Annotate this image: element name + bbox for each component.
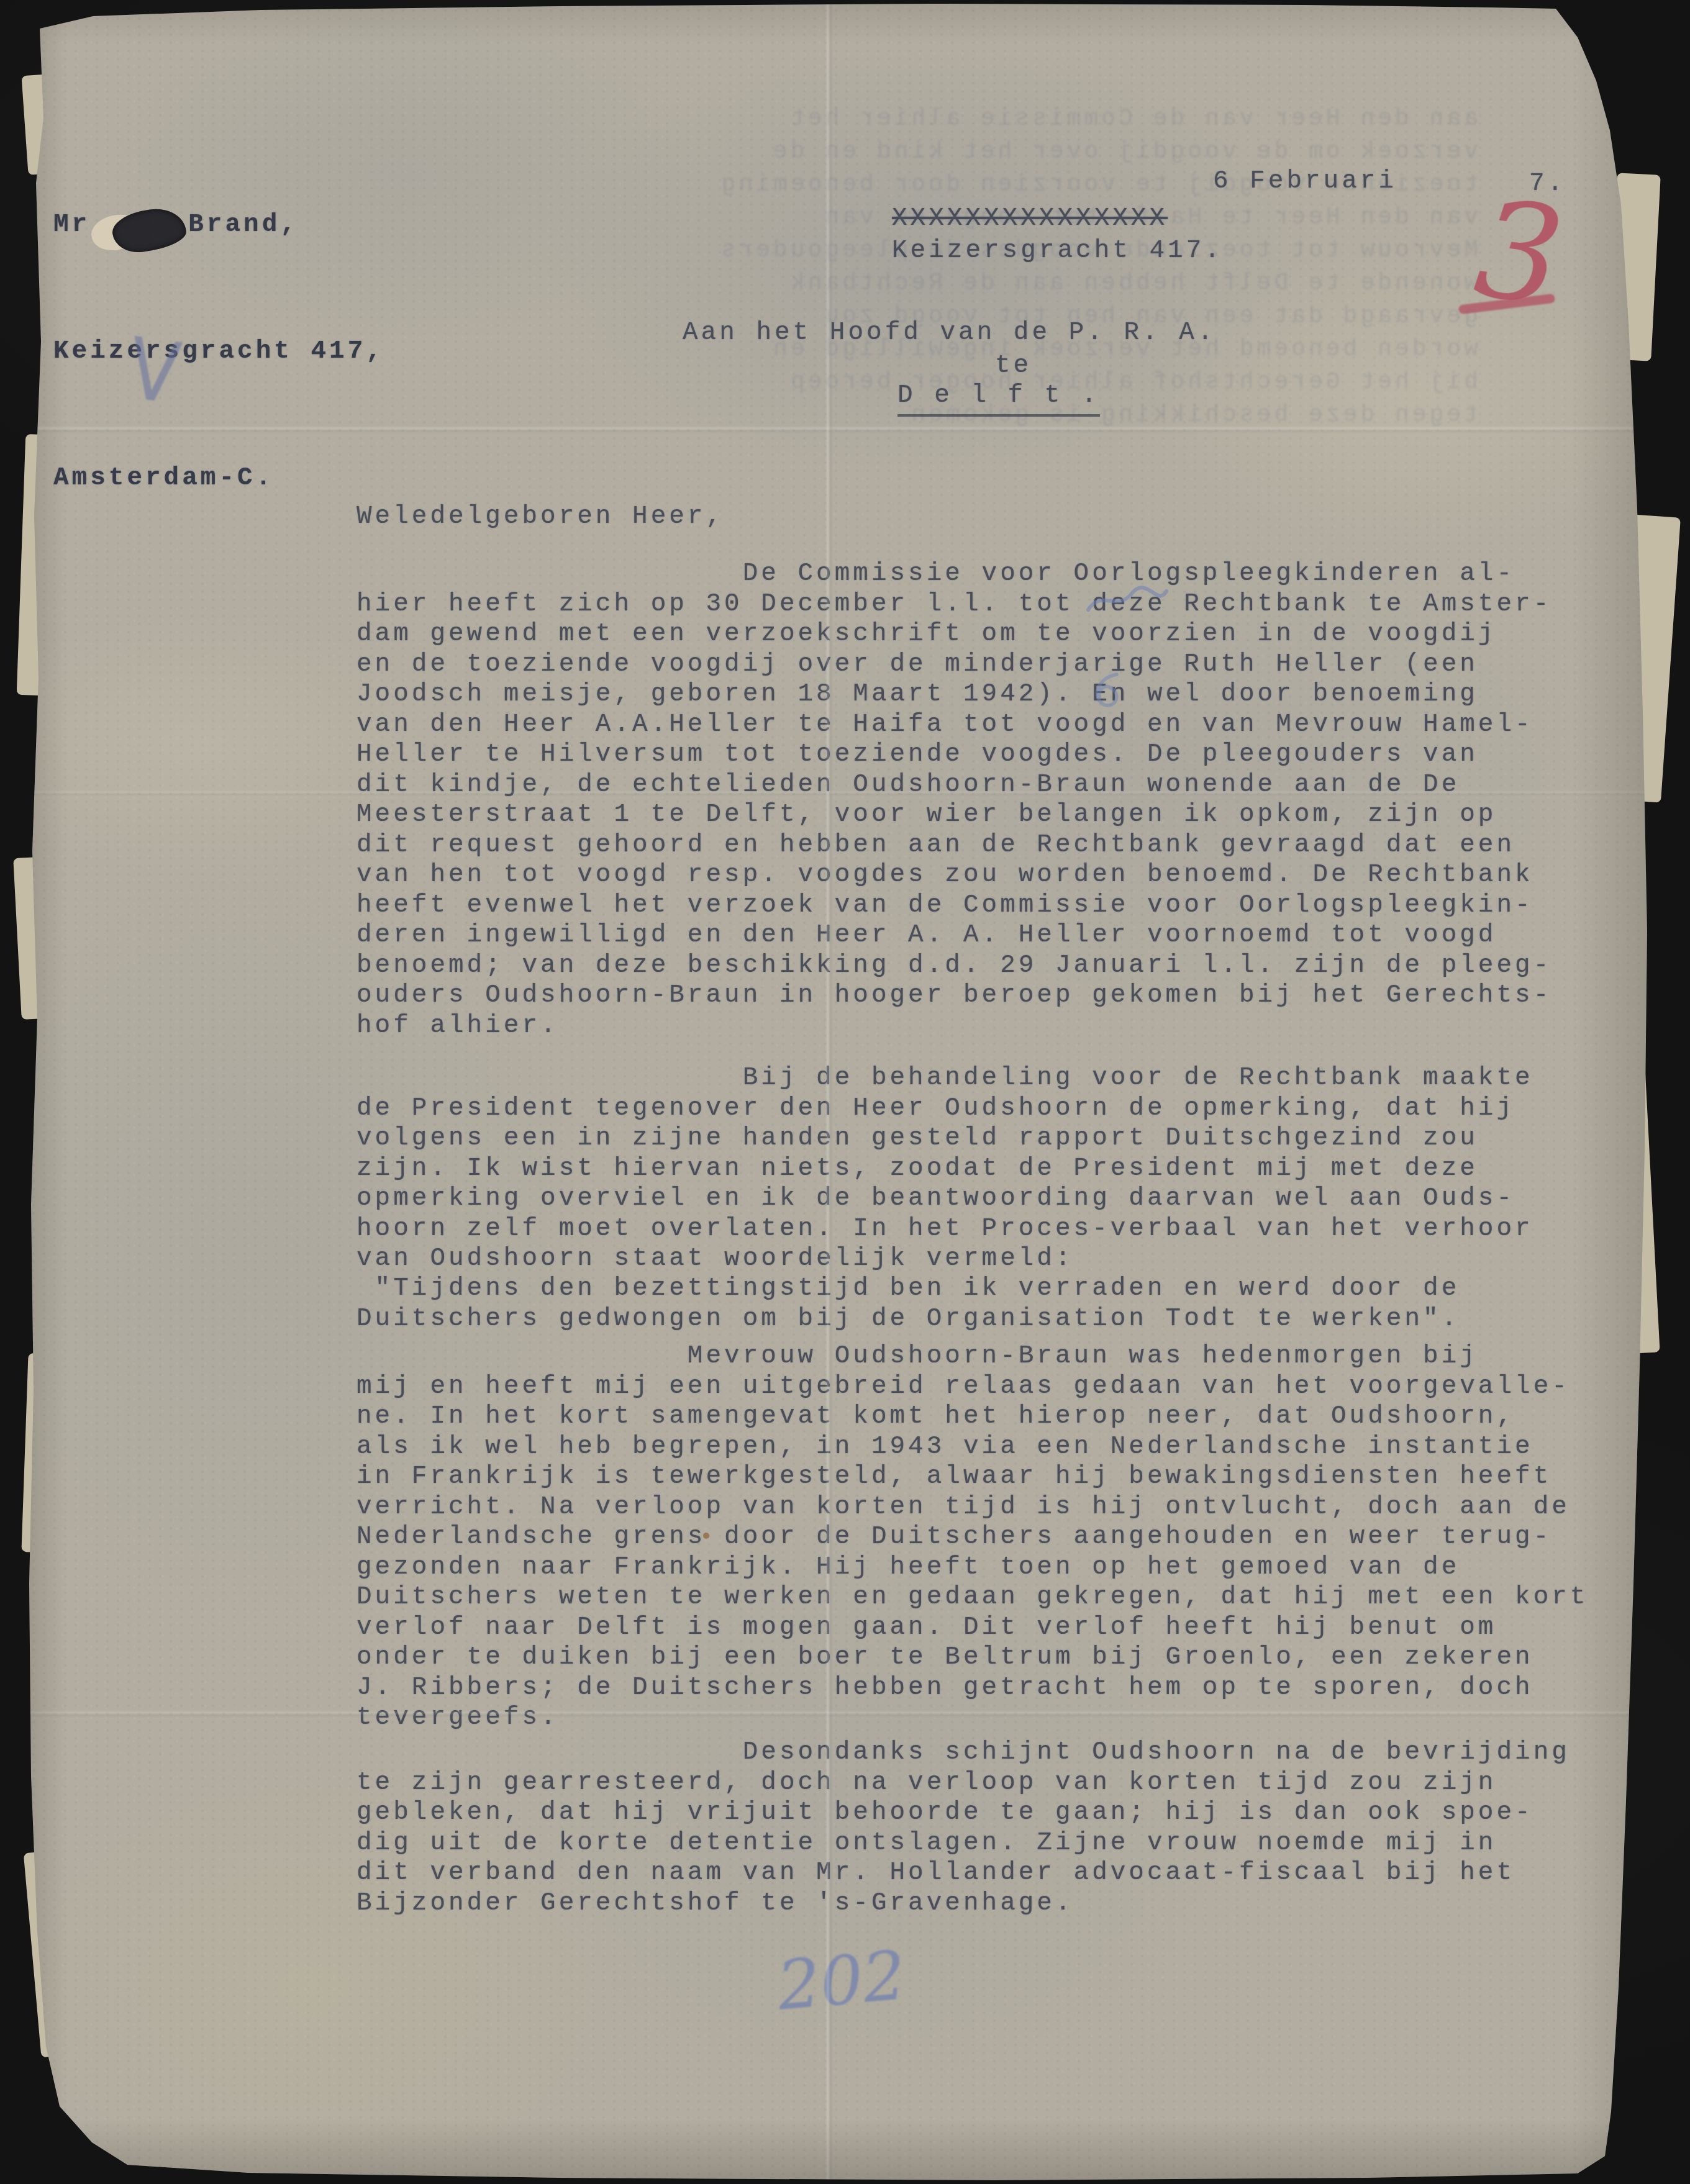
addressee-line: Aan het Hoofd van de P. R. A. (683, 318, 1216, 348)
sender-name-suffix: Brand, (188, 204, 299, 246)
red-pencil-underline (1458, 294, 1556, 315)
sender-name-prefix: Mr (53, 204, 90, 246)
blue-pen-file-number: 202 (775, 1937, 909, 2025)
sender-city: Amsterdam-C. (53, 457, 384, 499)
paragraph-3: Mevrouw Oudshoorn-Braun was hedenmorgen … (357, 1341, 1661, 1733)
sender-address-repeat: Keizersgracht 417. (892, 236, 1223, 266)
crossed-out-line: XXXXXXXXXXXXXXX (892, 204, 1168, 234)
rust-speck (703, 1533, 709, 1539)
sender-name-line: Mr Brand, (53, 204, 384, 246)
ink-blot-hole (95, 204, 188, 246)
letter-page: aan den Heer van de Commissie alhier het… (0, 0, 1690, 2184)
addressee-te: te (995, 351, 1032, 381)
addressee-city-underlined: D e l f t . (897, 381, 1100, 417)
typed-page-number: 7. (1529, 169, 1566, 199)
sender-address-block: Mr Brand, Keizersgracht 417, Amsterdam-C… (53, 119, 384, 584)
paragraph-4: Desondanks schijnt Oudshoorn na de bevri… (357, 1738, 1661, 1918)
scanned-letter-photo: { "colors":{"background":"#131313","pape… (0, 0, 1690, 2184)
quoted-statement: "Tijdens den bezettingstijd ben ik verra… (357, 1274, 1661, 1334)
letter-date: 6 Februari (1213, 166, 1397, 197)
ink-blot (111, 206, 188, 255)
salutation: Weledelgeboren Heer, (357, 502, 724, 532)
paragraph-1: De Commissie voor Oorlogspleegkinderen a… (357, 559, 1661, 1041)
paragraph-2: Bij de behandeling voor de Rechtbank maa… (357, 1063, 1661, 1274)
